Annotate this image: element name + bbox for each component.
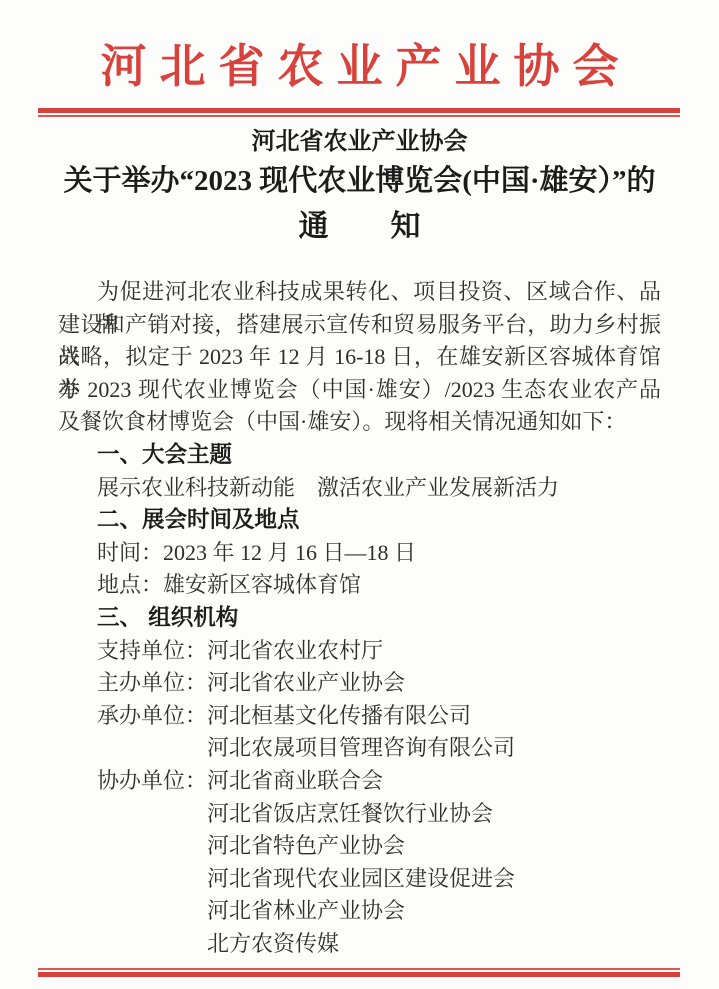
org-continuation-row: 北方农资传媒	[58, 928, 661, 961]
notice-document-page: 河北省农业产业协会 河北省农业产业协会 关于举办“2023 现代农业博览会(中国…	[0, 0, 719, 989]
org-continuation-row: 河北省现代农业园区建设促进会	[58, 863, 661, 896]
event-time: 时间：2023 年 12 月 16 日—18 日	[58, 537, 661, 570]
org-role-row: 主办单位：河北省农业产业协会	[58, 667, 661, 700]
paragraph-line: 战略，拟定于 2023 年 12 月 16-18 日，在雄安新区容城体育馆举	[58, 341, 661, 374]
section-heading-organization: 三、 组织机构	[58, 602, 661, 635]
section-heading-time-place: 二、展会时间及地点	[58, 504, 661, 537]
org-role-row: 承办单位：河北桓基文化传播有限公司	[58, 700, 661, 733]
org-role-row: 协办单位：河北省商业联合会	[58, 765, 661, 798]
role-label: 协办单位：	[97, 768, 207, 793]
org-continuation-row: 河北省特色产业协会	[58, 830, 661, 863]
role-label: 承办单位：	[97, 703, 207, 728]
theme-text: 展示农业科技新动能 激活农业产业发展新活力	[58, 472, 661, 505]
event-place: 地点：雄安新区容城体育馆	[58, 569, 661, 602]
title-org-line: 河北省农业产业协会	[0, 126, 719, 158]
letterhead-org-title: 河北省农业产业协会	[0, 38, 719, 96]
org-role-row: 支持单位：河北省农业农村厅	[58, 635, 661, 668]
section-heading-theme: 一、大会主题	[58, 439, 661, 472]
paragraph-line: 办 2023 现代农业博览会（中国·雄安）/2023 生态农业农产品	[58, 374, 661, 407]
role-org: 河北省农业产业协会	[207, 670, 405, 695]
divider-thick-line	[38, 972, 680, 977]
divider-thin-line	[38, 115, 680, 117]
role-org: 河北省商业联合会	[207, 768, 383, 793]
document-title-block: 河北省农业产业协会 关于举办“2023 现代农业博览会(中国·雄安）”的 通 知	[0, 126, 719, 250]
org-continuation-row: 河北省饭店烹饪餐饮行业协会	[58, 798, 661, 831]
letterhead-divider-rule	[38, 108, 680, 117]
notice-body: 为促进河北农业科技成果转化、项目投资、区域合作、品牌 建设和产销对接，搭建展示宣…	[58, 276, 661, 960]
title-notice-word: 通 知	[0, 204, 719, 250]
org-continuation-row: 河北省林业产业协会	[58, 895, 661, 928]
org-continuation-row: 河北农晟项目管理咨询有限公司	[58, 732, 661, 765]
paragraph-line: 建设和产销对接，搭建展示宣传和贸易服务平台，助力乡村振兴	[58, 309, 661, 342]
footer-divider-rule	[38, 968, 680, 977]
paragraph-line: 及餐饮食材博览会（中国·雄安）。现将相关情况通知如下：	[58, 406, 661, 439]
role-label: 支持单位：	[97, 638, 207, 663]
title-subject-line: 关于举办“2023 现代农业博览会(中国·雄安）”的	[0, 160, 719, 202]
role-label: 主办单位：	[97, 670, 207, 695]
paragraph-line: 为促进河北农业科技成果转化、项目投资、区域合作、品牌	[58, 276, 661, 309]
role-org: 河北省农业农村厅	[207, 638, 383, 663]
role-org: 河北桓基文化传播有限公司	[207, 703, 471, 728]
